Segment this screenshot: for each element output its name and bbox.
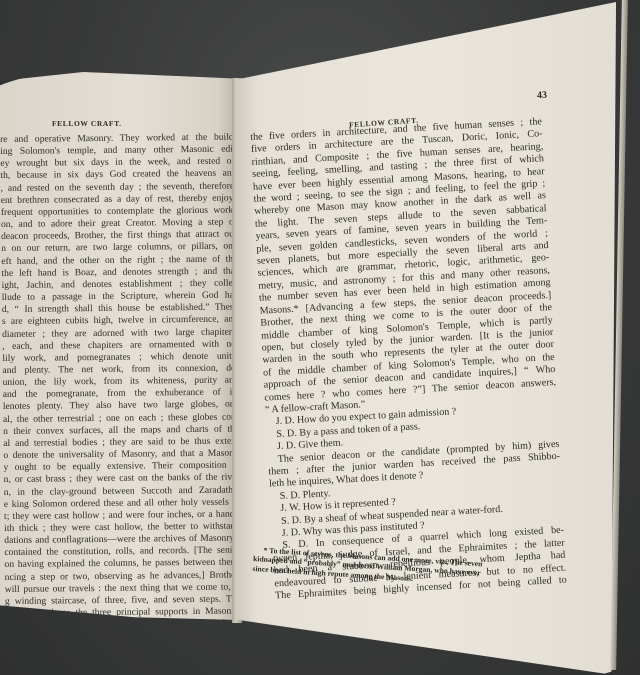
left-page-body: re and operative Masonry. They worked at… bbox=[0, 132, 238, 620]
left-page: Fellow Craft. re and operative Masonry. … bbox=[0, 72, 238, 620]
page-number: 43 bbox=[537, 90, 548, 102]
left-running-head: Fellow Craft. bbox=[52, 119, 122, 128]
right-page-body: the five orders in architecture, and the… bbox=[250, 116, 567, 603]
right-page: 43 Fellow Craft. the five orders in arch… bbox=[236, 0, 616, 675]
